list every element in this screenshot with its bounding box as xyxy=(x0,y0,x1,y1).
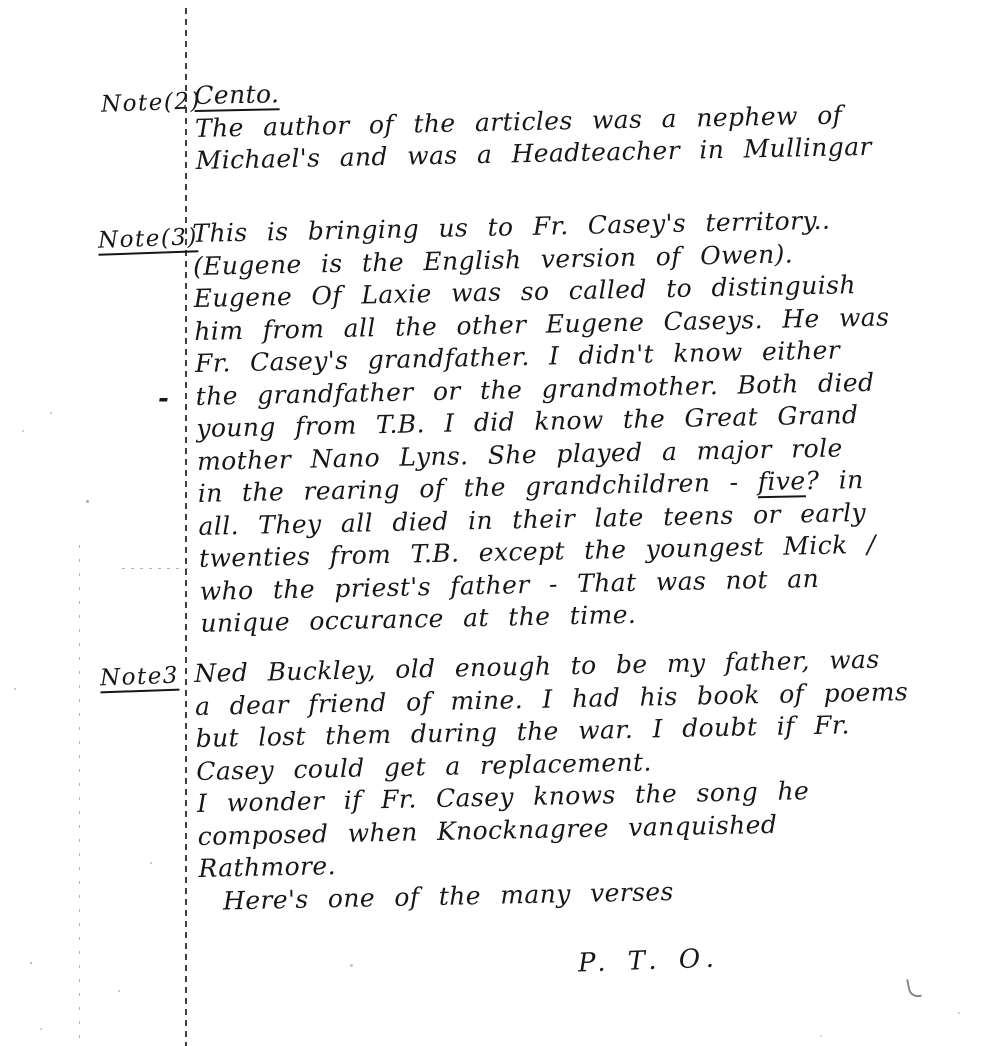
margin-dash-mark: - xyxy=(158,384,169,414)
scan-speck xyxy=(86,500,89,503)
scan-speck xyxy=(30,962,32,964)
scan-speck xyxy=(40,1028,42,1030)
five-underlined-word: five xyxy=(758,466,806,498)
margin-rule xyxy=(185,8,187,1046)
scan-speck xyxy=(118,990,120,992)
note-3b-text: Ned Buckley, old enough to be my father,… xyxy=(194,643,912,918)
scan-speck xyxy=(150,862,152,864)
scan-speck xyxy=(22,430,24,432)
cento-underlined-word: Cento. xyxy=(194,79,280,112)
scan-speck xyxy=(820,1035,822,1037)
scan-speck xyxy=(200,398,202,400)
note-2-text: Cento. The author of the articles was a … xyxy=(194,66,872,178)
scan-speck xyxy=(14,688,16,690)
scan-speck xyxy=(50,412,52,414)
note-3-text: This is bringing us to Fr. Casey's terri… xyxy=(192,203,896,640)
note-3-label: Note(3) xyxy=(98,224,199,253)
note-3b-label: Note3 xyxy=(100,663,180,692)
line-post: ? in xyxy=(805,465,864,495)
scan-pen-stray-mark xyxy=(906,977,922,999)
scan-speck xyxy=(958,1012,960,1014)
scan-crease-horizontal xyxy=(122,568,188,569)
scanned-letter-page: Note(2) Cento. The author of the article… xyxy=(0,0,1000,1046)
note-2-label: Note(2) xyxy=(101,88,202,117)
scan-speck xyxy=(350,964,353,967)
scan-crease-vertical xyxy=(79,545,80,1046)
pto-mark: P. T. O. xyxy=(578,944,722,979)
